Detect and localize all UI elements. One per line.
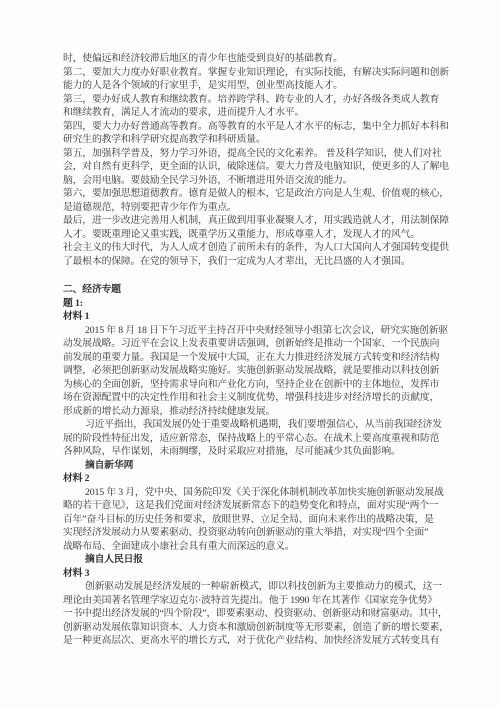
text-line: 动发展战略。习近平在会议上发表重要讲话强调，创新始终是推动一个国家、一个民族向 xyxy=(63,337,442,351)
text-line: 和继续教育，满足人才流动的要求，进而提升人才水平。 xyxy=(63,106,442,120)
text-line: 了最根本的保障。在党的领导下，我们一定成为人才辈出，无比昌盛的人才强国。 xyxy=(63,255,442,269)
text-line: 2015 年 3 月，党中央、国务院印发《关于深化体制机制改革加快实施创新驱动发… xyxy=(63,486,442,500)
text-line: 第六，要加强思想道德教育。德育是做人的根本，它是政治方向是人生观、价值观的核心， xyxy=(63,187,442,201)
text-line: 2015 年 8 月 18 日下午习近平主持召开中央财经领导小组第七次会议，研究… xyxy=(63,324,442,338)
text-line: 习近平指出，我国发展仍处于重要战略机遇期，我们要增强信心，从当前我国经济发 xyxy=(63,418,442,432)
text-line: 战略布局、全面建成小康社会具有重大而深远的意义。 xyxy=(63,540,442,554)
text-line: 第三，要办好成人教育和继续教育。培养跨学科、跨专业的人才，办好各级各类成人教育 xyxy=(63,93,442,107)
text-line: 会，对自然有更科学，更全面的认识，破除迷信。要大力普及电脑知识，使更多的人了解电 xyxy=(63,160,442,174)
text-line: 前发展的重要力量。我国是一个发展中大国，正在大力推进经济发展方式转变和经济结构 xyxy=(63,351,442,365)
text-line: 社会主义的伟大时代，为人人成才创造了前所未有的条件，为人口大国向人才强国转变提供 xyxy=(63,241,442,255)
text-line: 时，使偏远和经济较滞后地区的青少年也能受到良好的基础教育。 xyxy=(63,52,442,66)
text-line: 调整，必须把创新驱动发展战略实施好。实施创新驱动发展战略，就是要推动以科技创新 xyxy=(63,364,442,378)
text-line: 各种风险，早作谋划，未雨绸缪，及时采取应对措施，尽可能减少其负面影响。 xyxy=(63,445,442,459)
text-line: 一书中提出经济发展的“四个阶段”，即要素驱动、投资驱动、创新驱动和财富驱动。其中… xyxy=(63,607,442,621)
text-line: 理论由美国著名管理学家迈克尔·波特首先提出。他于 1990 年在其著作《国家竞争… xyxy=(63,594,442,608)
heading-line: 二、经济专题 xyxy=(63,283,442,297)
text-line: 第二，要加大力度办好职业教育。掌握专业知识理论，有实际技能，有解决实际问题和创新 xyxy=(63,66,442,80)
heading-line: 材料 3 xyxy=(63,567,442,581)
text-line: 人才。要既重理论又重实践，既重学历又重能力，形成尊重人才，发现人才的风气。 xyxy=(63,228,442,242)
text-line: 创新驱动发展是经济发展的一种崭新模式，即以科技创新为主要推动力的模式，这一 xyxy=(63,580,442,594)
heading-line: 材料 1 xyxy=(63,310,442,324)
text-line: 第四，要大力办好普通高等教育。高等教育的水平是人才水平的标志，集中全力抓好本科和 xyxy=(63,120,442,134)
heading-line: 摘自人民日报 xyxy=(63,553,442,567)
text-line: 为核心的全面创新，坚持需求导向和产业化方向，坚持企业在创新中的主体地位，发挥市 xyxy=(63,378,442,392)
text-line: 展的阶段性特征出发，适应新常态，保持战略上的平常心态。在战术上要高度重视和防范 xyxy=(63,432,442,446)
text-line: 实现经济发展动力从要素驱动、投资驱动转向创新驱动的重大举措，对实现“四个全面” xyxy=(63,526,442,540)
text-line: 略的若干意见》，这是我们党面对经济发展新常态下的趋势变化和特点，面对实现“两个一 xyxy=(63,499,442,513)
text-line: 形成新的增长动力源泉，推动经济持续健康发展。 xyxy=(63,405,442,419)
text-line: 百年”奋斗目标的历史任务和要求，放眼世界、立足全局、面向未来作出的战略决策，是 xyxy=(63,513,442,527)
text-line: 是一种更高层次、更高水平的增长方式，对于优化产业结构、加快经济发展方式转变具有 xyxy=(63,634,442,648)
heading-line: 摘自新华网 xyxy=(63,459,442,473)
text-line: 是道德规范，特别要把青少年作为重点。 xyxy=(63,201,442,215)
text-line: 脑，会用电脑。要鼓励全民学习外语，不断增进用外语交流的能力。 xyxy=(63,174,442,188)
document-page: 时，使偏远和经济较滞后地区的青少年也能受到良好的基础教育。第二，要加大力度办好职… xyxy=(0,0,500,707)
text-line: 创新驱动发展依靠知识资本、人力资本和激励创新制度等无形要素，创造了新的增长要素， xyxy=(63,621,442,635)
text-line: 第五，加强科学普及，努力学习外语，提高全民的文化素养。 普及科学知识，使人们对社 xyxy=(63,147,442,161)
text-line: 场在资源配置中的决定性作用和社会主义制度优势，增强科技进步对经济增长的贡献度， xyxy=(63,391,442,405)
text-line: 能力的人是各个领域的行家里手，是实用型，创业型高技能人才。 xyxy=(63,79,442,93)
heading-line: 题 1: xyxy=(63,297,442,311)
text-line: 研究生的教学和科学研究提高教学和科研质量。 xyxy=(63,133,442,147)
text-line: 最后，进一步改进完善用人机制，真正做到用事业凝聚人才，用实践造就人才，用法制保障 xyxy=(63,214,442,228)
heading-line: 材料 2 xyxy=(63,472,442,486)
